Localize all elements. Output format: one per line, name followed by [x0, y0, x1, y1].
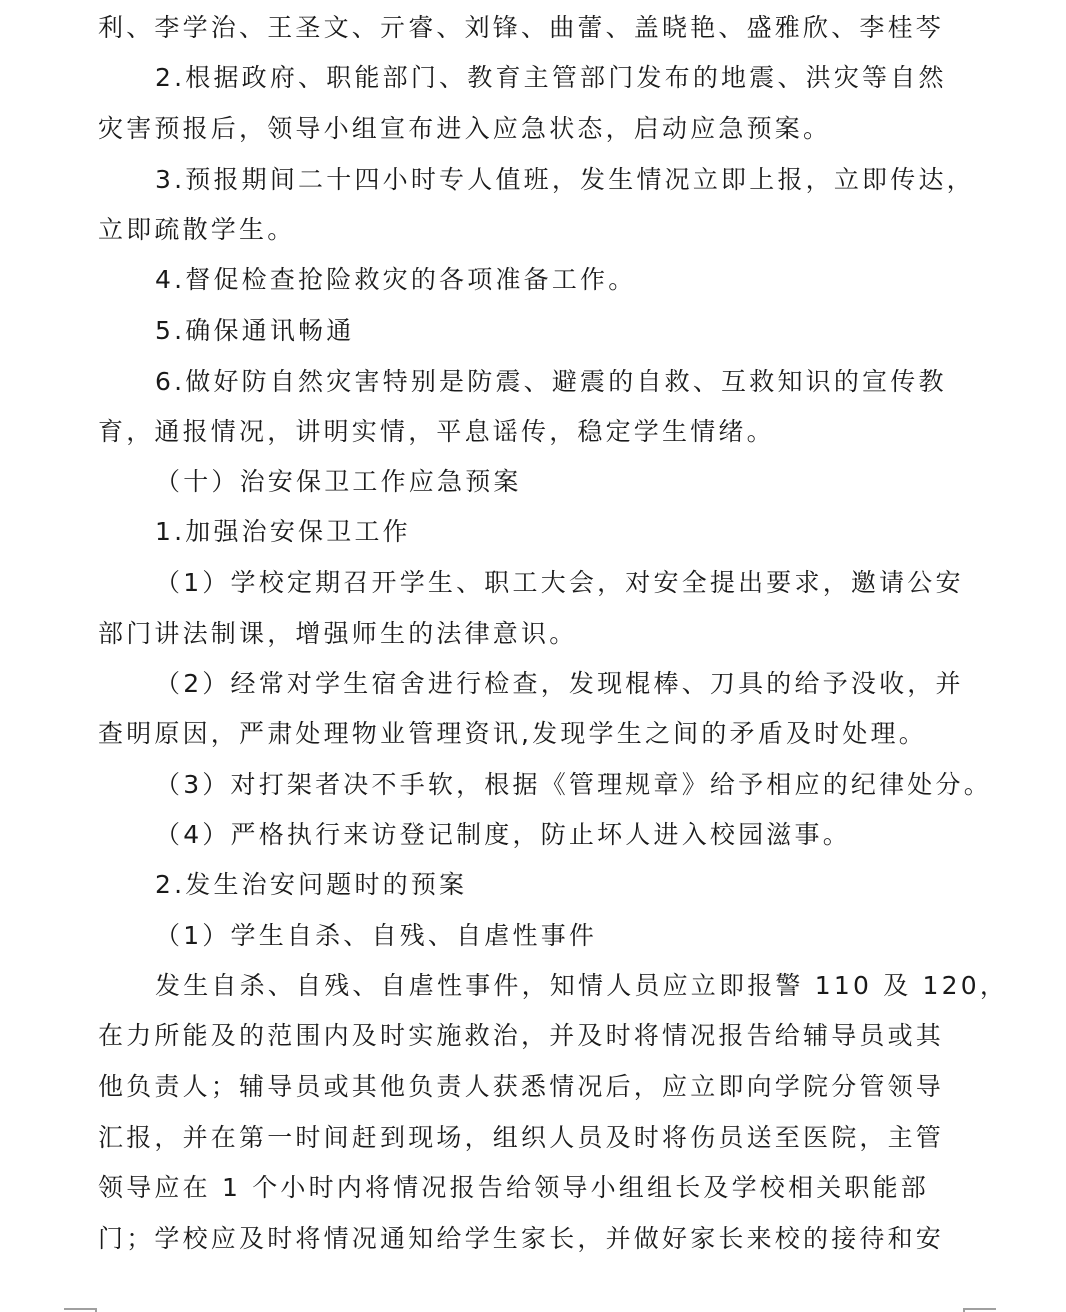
text-line: （1）学校定期召开学生、职工大会，对安全提出要求，邀请公安	[155, 568, 1025, 598]
text-line: （3）对打架者决不手软，根据《管理规章》给予相应的纪律处分。	[155, 770, 1025, 800]
margin-mark-bottom-right-vertical	[963, 1308, 965, 1312]
text-line: （2）经常对学生宿舍进行检查，发现棍棒、刀具的给予没收，并	[155, 669, 1025, 699]
text-line: 部门讲法制课，增强师生的法律意识。	[98, 619, 968, 649]
subsection-heading: 2.发生治安问题时的预案	[155, 870, 1025, 900]
text-line: 育，通报情况，讲明实情，平息谣传，稳定学生情绪。	[98, 417, 968, 447]
text-line: 领导应在 1 个小时内将情况报告给领导小组组长及学校相关职能部	[98, 1173, 968, 1203]
margin-mark-bottom-left-vertical	[95, 1308, 97, 1312]
text-line: 4.督促检查抢险救灾的各项准备工作。	[155, 265, 1025, 295]
document-page: 利、李学治、王圣文、亓睿、刘锋、曲蕾、盖晓艳、盛雅欣、李桂芩 2.根据政府、职能…	[0, 0, 1066, 1312]
subsection-heading: 1.加强治安保卫工作	[155, 517, 1025, 547]
text-line: 5.确保通讯畅通	[155, 316, 1025, 346]
text-line: 3.预报期间二十四小时专人值班，发生情况立即上报，立即传达，	[155, 165, 1025, 195]
text-line: 汇报，并在第一时间赶到现场，组织人员及时将伤员送至医院，主管	[98, 1123, 968, 1153]
margin-mark-bottom-right	[963, 1308, 996, 1310]
text-line: 查明原因，严肃处理物业管理资讯,发现学生之间的矛盾及时处理。	[98, 719, 968, 749]
text-line: 在力所能及的范围内及时实施救治，并及时将情况报告给辅导员或其	[98, 1021, 968, 1051]
text-line: 灾害预报后，领导小组宣布进入应急状态，启动应急预案。	[98, 114, 968, 144]
text-line: 6.做好防自然灾害特别是防震、避震的自救、互救知识的宣传教	[155, 367, 1025, 397]
section-heading: （十）治安保卫工作应急预案	[155, 467, 1025, 497]
text-line: 2.根据政府、职能部门、教育主管部门发布的地震、洪灾等自然	[155, 63, 1025, 93]
margin-mark-bottom-left	[64, 1308, 97, 1310]
text-line: 门；学校应及时将情况通知给学生家长，并做好家长来校的接待和安	[98, 1224, 968, 1254]
text-line: （4）严格执行来访登记制度，防止坏人进入校园滋事。	[155, 820, 1025, 850]
text-line: 发生自杀、自残、自虐性事件，知情人员应立即报警 110 及 120，	[155, 971, 1025, 1001]
text-line: （1）学生自杀、自残、自虐性事件	[155, 921, 1025, 951]
text-line: 立即疏散学生。	[98, 215, 968, 245]
text-line: 利、李学治、王圣文、亓睿、刘锋、曲蕾、盖晓艳、盛雅欣、李桂芩	[98, 13, 968, 43]
text-line: 他负责人；辅导员或其他负责人获悉情况后，应立即向学院分管领导	[98, 1072, 968, 1102]
